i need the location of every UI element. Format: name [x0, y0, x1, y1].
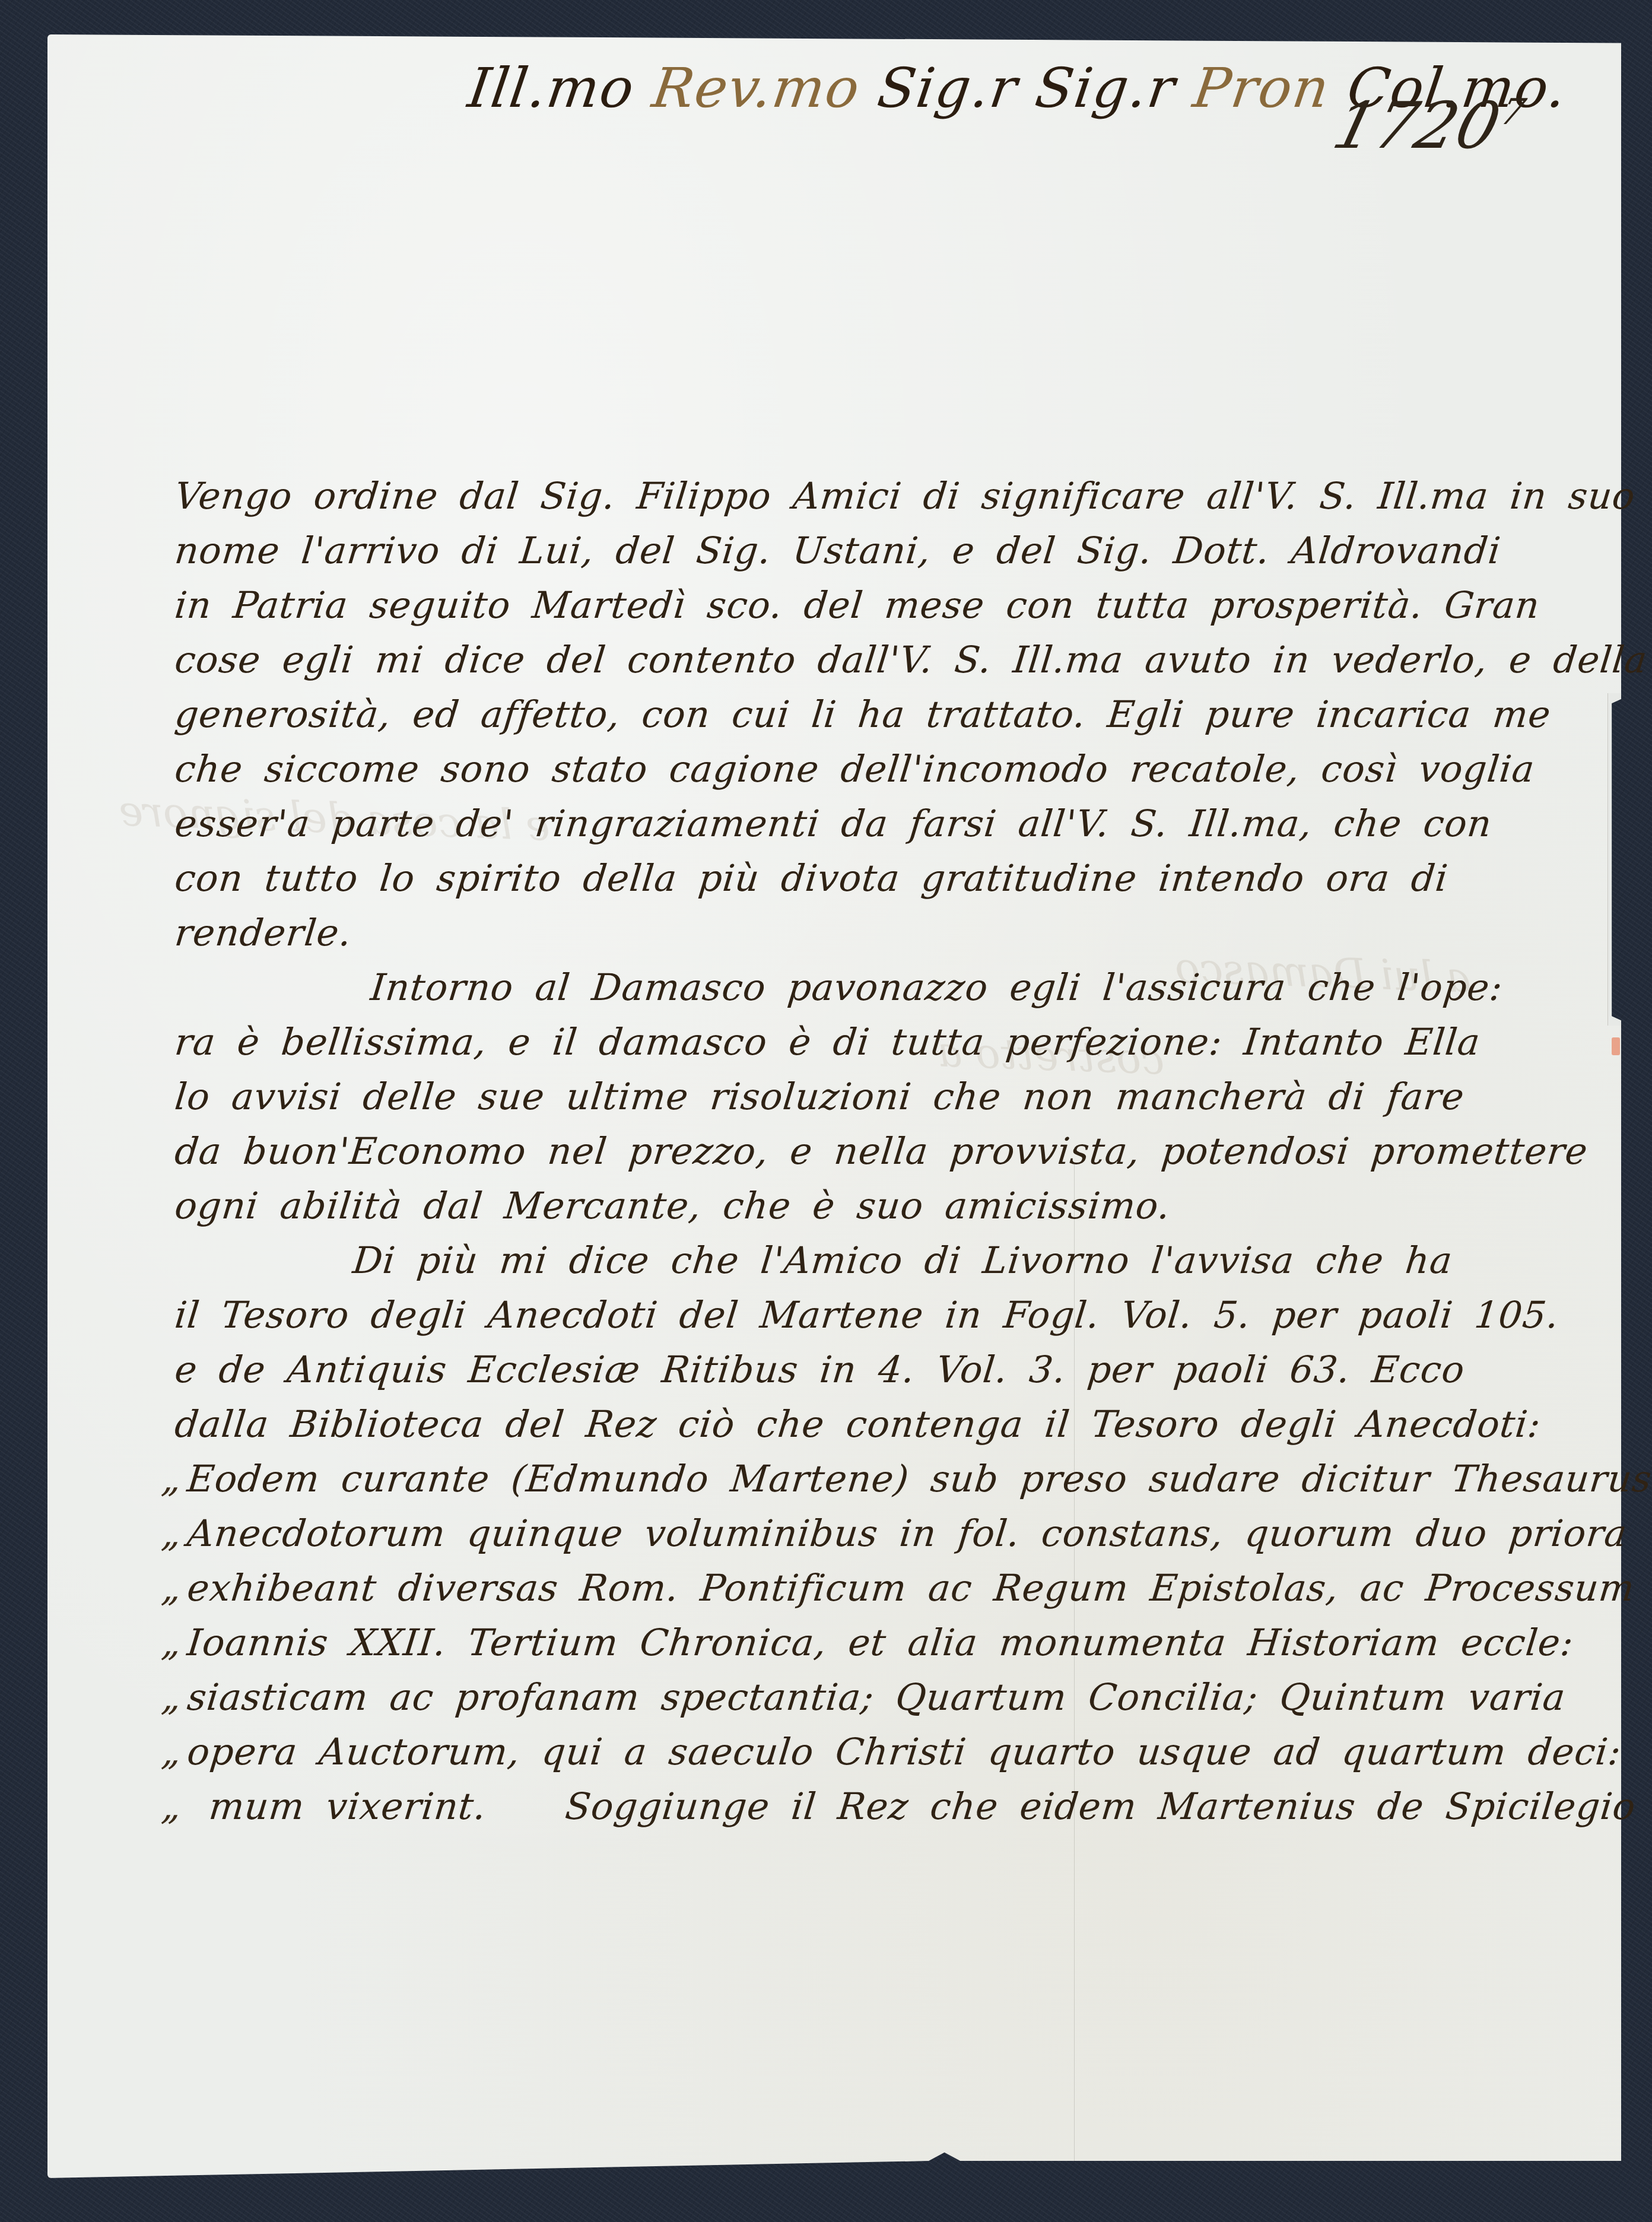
salutation-part: Rev.mo — [649, 56, 865, 120]
text-line: e de Antiquis Ecclesiæ Ritibus in 4. Vol… — [172, 1342, 1602, 1397]
text-line: cose egli mi dice del contento dall'V. S… — [172, 633, 1602, 687]
year-value: 1720 — [1326, 89, 1507, 163]
text-line: in Patria seguito Martedì sco. del mese … — [172, 578, 1602, 633]
salutation-part: Sig.r — [1032, 56, 1180, 120]
salutation-part: Sig.r — [874, 56, 1022, 120]
quoted-line: siasticam ac profanam spectantia; Quartu… — [172, 1670, 1602, 1725]
text-line: nome l'arrivo di Lui, del Sig. Ustani, e… — [172, 523, 1602, 578]
salutation-part: Pron — [1189, 56, 1334, 120]
salutation-part: Ill.mo — [464, 56, 638, 120]
text-line: il Tesoro degli Anecdoti del Martene in … — [172, 1288, 1602, 1342]
text-line: esser'a parte de' ringraziamenti da fars… — [172, 796, 1602, 851]
continuation-text: Soggiunge il Rez che eidem Martenius de … — [563, 1785, 1638, 1828]
text-line: con tutto lo spirito della più divota gr… — [172, 851, 1602, 906]
quoted-line: Anecdotorum quinque voluminibus in fol. … — [172, 1506, 1602, 1561]
quote-end: mum vixerint. — [207, 1785, 488, 1828]
year-annotation: 17207 — [1326, 89, 1530, 163]
text-line: che siccome sono stato cagione dell'inco… — [172, 742, 1602, 796]
quoted-line: Eodem curante (Edmundo Martene) sub pres… — [172, 1452, 1602, 1506]
text-line: dalla Biblioteca del Rez ciò che conteng… — [172, 1397, 1602, 1452]
paper-strip — [1607, 693, 1621, 1026]
text-line: renderle. — [172, 906, 1602, 960]
text-line: Vengo ordine dal Sig. Filippo Amici di s… — [172, 469, 1602, 523]
red-stain — [1612, 1037, 1620, 1055]
text-line: Di più mi dice che l'Amico di Livorno l'… — [172, 1233, 1602, 1288]
text-line: generosità, ed affetto, con cui li ha tr… — [172, 687, 1602, 742]
text-line: da buon'Economo nel prezzo, e nella prov… — [172, 1124, 1602, 1179]
quoted-line: mum vixerint. Soggiunge il Rez che eidem… — [172, 1779, 1602, 1834]
quoted-line: opera Auctorum, qui a saeculo Christi qu… — [172, 1725, 1602, 1779]
text-line: ogni abilità dal Mercante, che è suo ami… — [172, 1179, 1602, 1233]
quoted-line: Ioannis XXII. Tertium Chronica, et alia … — [172, 1615, 1602, 1670]
paragraph: Intorno al Damasco pavonazzo egli l'assi… — [172, 960, 1596, 1233]
paragraph: Di più mi dice che l'Amico di Livorno l'… — [172, 1233, 1596, 1452]
paragraph: Vengo ordine dal Sig. Filippo Amici di s… — [172, 469, 1596, 960]
latin-quotation: Eodem curante (Edmundo Martene) sub pres… — [172, 1452, 1596, 1834]
quoted-line: exhibeant diversas Rom. Pontificum ac Re… — [172, 1561, 1602, 1615]
text-line: lo avvisi delle sue ultime risoluzioni c… — [172, 1069, 1602, 1124]
text-line: ra è bellissima, e il damasco è di tutta… — [172, 1015, 1602, 1069]
letter-body: Vengo ordine dal Sig. Filippo Amici di s… — [172, 469, 1596, 1834]
text-line: Intorno al Damasco pavonazzo egli l'assi… — [172, 960, 1602, 1015]
